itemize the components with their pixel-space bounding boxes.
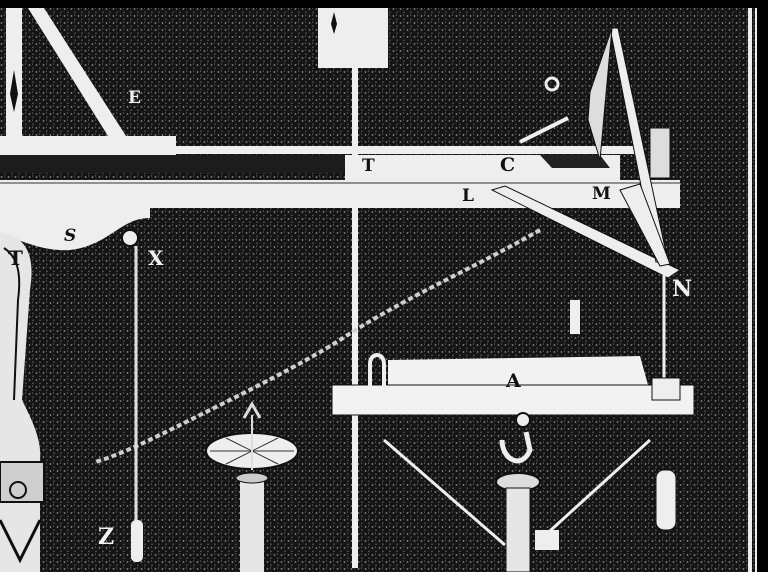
label-L: L	[462, 188, 474, 205]
engraving-drawing	[0, 0, 768, 572]
label-E: E	[128, 90, 141, 107]
label-M: M	[592, 186, 611, 203]
label-T-column: T	[8, 248, 23, 268]
label-S: S	[64, 228, 76, 245]
label-T-beam: T	[362, 158, 375, 175]
stippled-background	[0, 0, 768, 572]
label-A: A	[506, 372, 521, 391]
label-Z: Z	[98, 526, 114, 548]
engraving-canvas: E T C L M N S X T A Z	[0, 0, 768, 572]
label-N: N	[672, 278, 692, 300]
label-C: C	[500, 156, 515, 175]
label-X: X	[148, 248, 164, 268]
